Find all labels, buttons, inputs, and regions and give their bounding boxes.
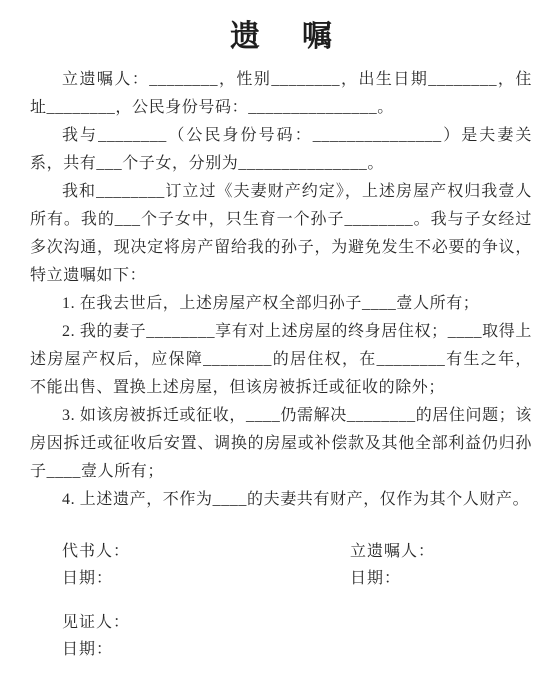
testator-date-label: 日期：: [350, 565, 532, 592]
paragraph-spouse-info: 我与________（公民身份号码：_______________）是夫妻关系，…: [30, 122, 532, 178]
signature-row-witness-date: 日期：: [30, 636, 532, 663]
will-document-page: 遗 嘱 立遗嘱人：________，性别________，出生日期_______…: [0, 0, 556, 680]
document-body: 立遗嘱人：________，性别________，出生日期________，住址…: [30, 66, 532, 514]
witness-label: 见证人：: [62, 609, 350, 636]
scribe-date-label: 日期：: [62, 565, 350, 592]
witness-date-label: 日期：: [62, 636, 350, 663]
signature-row-dates: 日期： 日期：: [30, 565, 532, 592]
signature-row-names: 代书人： 立遗嘱人：: [30, 538, 532, 565]
paragraph-testator-info: 立遗嘱人：________，性别________，出生日期________，住址…: [30, 66, 532, 122]
testator-label: 立遗嘱人：: [350, 538, 532, 565]
signature-row-witness: 见证人：: [30, 609, 532, 636]
clause-2: 2. 我的妻子________享有对上述房屋的终身居住权；____取得上述房屋产…: [30, 318, 532, 402]
paragraph-preamble: 我和________订立过《夫妻财产约定》，上述房屋产权归我壹人所有。我的___…: [30, 178, 532, 290]
clause-1: 1. 在我去世后，上述房屋产权全部归孙子____壹人所有；: [30, 290, 532, 318]
clause-3: 3. 如该房被拆迁或征收，____仍需解决________的居住问题；该房因拆迁…: [30, 402, 532, 486]
scribe-label: 代书人：: [62, 538, 350, 565]
clause-4: 4. 上述遗产，不作为____的夫妻共有财产，仅作为其个人财产。: [30, 486, 532, 514]
signature-section: 代书人： 立遗嘱人： 日期： 日期： 见证人： 日期：: [30, 538, 532, 663]
document-title: 遗 嘱: [30, 20, 532, 54]
